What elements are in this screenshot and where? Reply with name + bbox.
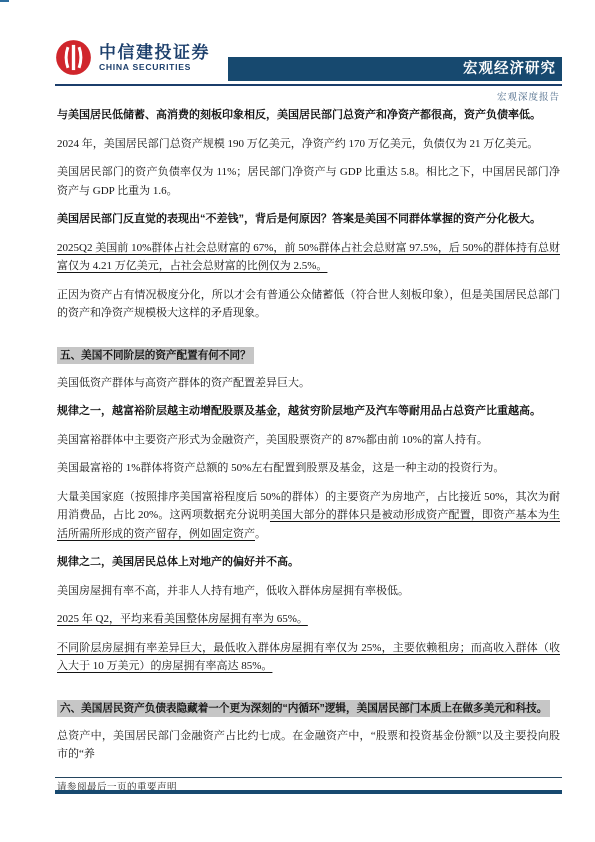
paragraph-polarization: 正因为资产占有情况极度分化，所以才会有普通公众储蓄低（符合世人刻板印象），但是美…	[57, 286, 560, 323]
paragraph-leverage-ratio: 美国居民部门的资产负债率仅为 11%；居民部门净资产与 GDP 比重达 5.8。…	[57, 163, 560, 200]
paragraph-household-assets-mixed: 大量美国家庭（按照排序美国富裕程度后 50%的群体）的主要资产为房地产，占比接近…	[57, 488, 560, 544]
paragraph-household-assets-tail: 。	[255, 528, 266, 540]
page-corner-mark	[0, 0, 9, 2]
brand-name-cn: 中信建投证券	[99, 43, 210, 63]
paragraph-stock-ownership: 美国富裕群体中主要资产形式为金融资产，美国股票资产的 87%都由前 10%的富人…	[57, 431, 560, 450]
paragraph-wealth-share-underlined: 2025Q2 美国前 10%群体占社会总财富的 67%，前 50%群体占社会总财…	[57, 239, 560, 276]
footer-divider-thick	[55, 790, 562, 794]
brand-text: 中信建投证券 CHINA SECURITIES	[99, 43, 210, 73]
section-heading-six-text: 六、美国居民资产负债表隐藏着一个更为深刻的“内循环”逻辑，美国居民部门本质上在做…	[57, 700, 550, 717]
section-heading-five: 五、美国不同阶层的资产配置有何不同？	[57, 349, 560, 364]
paragraph-rule-two-bold: 规律之二，美国居民总体上对地产的偏好并不高。	[57, 553, 560, 572]
report-body: 与美国居民低储蓄、高消费的刻板印象相反，美国居民部门总资产和净资产都很高，资产负…	[57, 106, 560, 774]
report-page: 中信建投证券 CHINA SECURITIES 宏观经济研究 宏观深度报告 与美…	[0, 0, 595, 842]
brand-name-en: CHINA SECURITIES	[99, 62, 210, 72]
report-type-label: 宏观深度报告	[497, 89, 560, 103]
section-heading-six: 六、美国居民资产负债表隐藏着一个更为深刻的“内循环”逻辑，美国居民部门本质上在做…	[57, 702, 560, 717]
section-heading-five-text: 五、美国不同阶层的资产配置有何不同？	[57, 347, 254, 364]
paragraph-homeownership-gap-underlined: 不同阶层房屋拥有率差异巨大，最低收入群体房屋拥有率仅为 25%，主要依赖租房；而…	[57, 639, 560, 676]
paragraph-allocation-gap: 美国低资产群体与高资产群体的资产配置差异巨大。	[57, 374, 560, 393]
paragraph-homeownership-low: 美国房屋拥有率不高，并非人人持有地产，低收入群体房屋拥有率极低。	[57, 582, 560, 601]
footer-divider-thin	[55, 777, 562, 778]
paragraph-top-one-percent: 美国最富裕的 1%群体将资产总额的 50%左右配置到股票及基金，这是一种主动的投…	[57, 459, 560, 478]
paragraph-homeownership-rate-underlined: 2025 年 Q2，平均来看美国整体房屋拥有率为 65%。	[57, 610, 560, 629]
paragraph-total-assets: 2024 年，美国居民部门总资产规模 190 万亿美元，净资产约 170 万亿美…	[57, 135, 560, 154]
header-divider	[55, 84, 562, 86]
paragraph-rule-one-bold: 规律之一，越富裕阶层越主动增配股票及基金，越贫穷阶层地产及汽车等耐用品占总资产比…	[57, 402, 560, 421]
citic-logo-icon	[55, 39, 92, 76]
paragraph-intro-bold: 与美国居民低储蓄、高消费的刻板印象相反，美国居民部门总资产和净资产都很高，资产负…	[57, 106, 560, 125]
brand: 中信建投证券 CHINA SECURITIES	[55, 39, 210, 76]
category-banner: 宏观经济研究	[228, 57, 562, 81]
paragraph-financial-assets: 总资产中，美国居民部门金融资产占比约七成。在金融资产中，“股票和投资基金份额”以…	[57, 727, 560, 764]
paragraph-counterintuitive-bold: 美国居民部门反直觉的表现出“不差钱”，背后是何原因？答案是美国不同群体掌握的资产…	[57, 210, 560, 229]
